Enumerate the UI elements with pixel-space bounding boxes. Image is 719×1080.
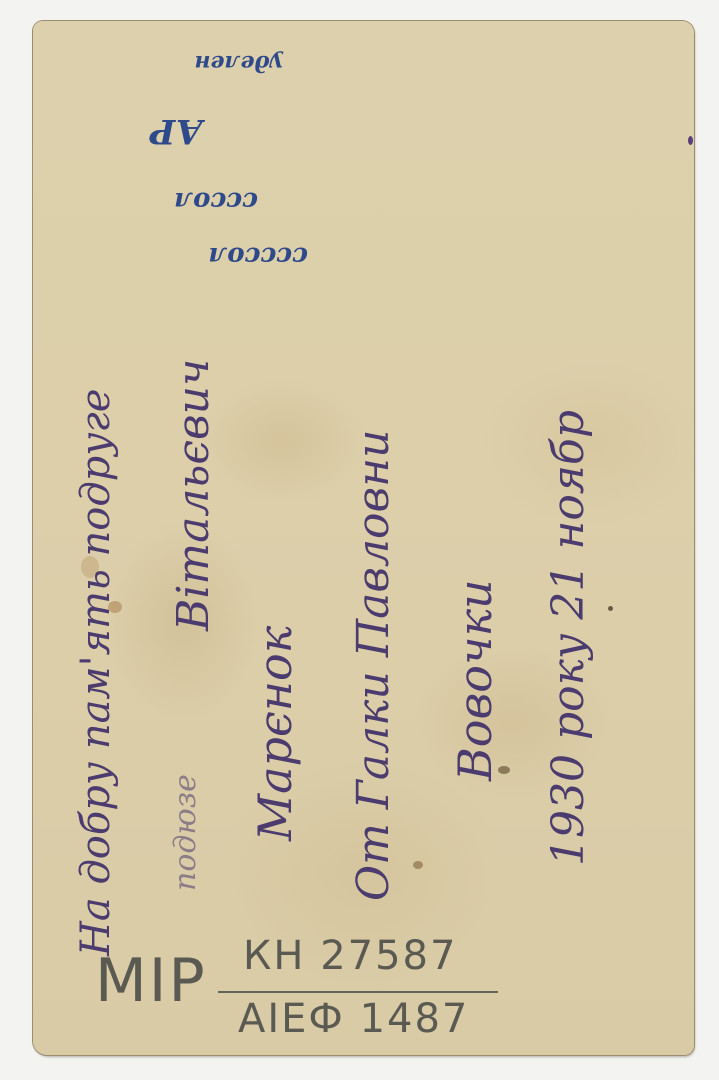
dedication-line-5: Вовочки [448, 579, 502, 781]
dedication-line-1: На добру пам'ять подруге [73, 389, 119, 956]
dedication-line-3: Марєнок [248, 626, 302, 841]
archive-denominator: АІЕФ 1487 [238, 996, 469, 1042]
ink-spot [688, 136, 693, 145]
ink-spot [608, 606, 613, 611]
note-upside-4: ссссол [208, 241, 308, 271]
dedication-line-4: От Галки Павловни [348, 430, 399, 901]
fraction-line [218, 991, 498, 993]
note-upside-3: сссол [174, 186, 258, 216]
dedication-line-2b: подюзе [168, 774, 203, 891]
dedication-line-2: Вітальєвич [168, 359, 219, 631]
photo-card-reverse: уделен АР сссол ссссол На добру пам'ять … [33, 21, 694, 1055]
stain [413, 861, 423, 869]
note-upside-2: АР [150, 111, 203, 151]
archive-code-left: МІР [95, 946, 207, 1016]
note-upside-1: уделен [194, 50, 283, 76]
archive-numerator: КН 27587 [243, 933, 457, 979]
dedication-line-6: 1930 року 21 ноябр [543, 410, 594, 866]
